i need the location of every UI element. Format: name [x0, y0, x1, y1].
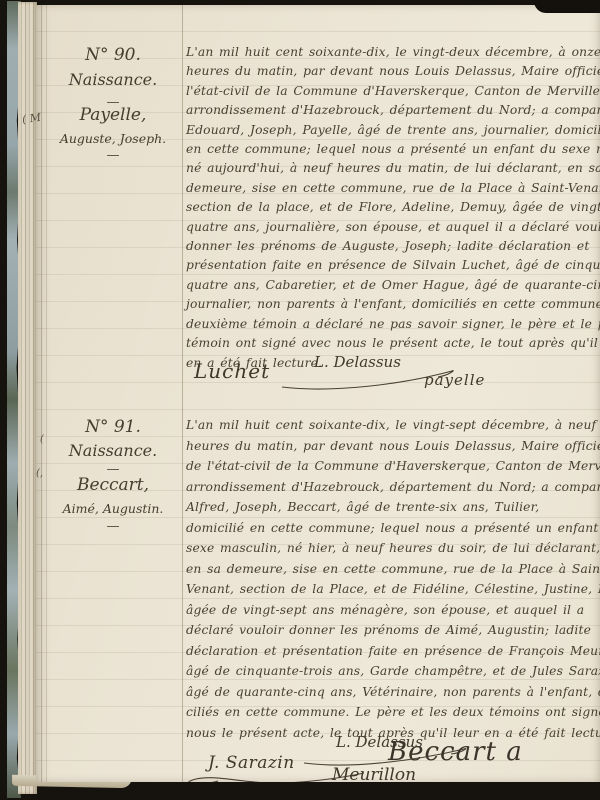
manuscript-line: âgé de quarante-cinq ans, Vétérinaire, n… — [186, 682, 598, 703]
manuscript-line: section de la place, et de Flore, Adelin… — [186, 198, 598, 217]
manuscript-line: heures du matin, par devant nous Louis D… — [186, 62, 598, 81]
manuscript-line: déclaration et présentation faite en pré… — [186, 641, 598, 662]
act-91-given-names: Aimé, Augustin. — [44, 501, 182, 516]
act-90-surname: Payelle, — [44, 105, 182, 125]
manuscript-line: heures du matin, par devant nous Louis D… — [186, 436, 598, 457]
manuscript-line: quatre ans, Cabaretier, et de Omer Hague… — [186, 276, 598, 295]
manuscript-line: né aujourd'hui, à neuf heures du matin, … — [186, 159, 598, 178]
manuscript-line: ciliés en cette commune. Le père et les … — [186, 702, 598, 723]
act-91-type: Naissance. — [44, 441, 182, 460]
manuscript-line: âgée de vingt-sept ans ménagère, son épo… — [186, 600, 598, 621]
manuscript-line: deuxième témoin a déclaré ne pas savoir … — [186, 315, 598, 334]
margin-separator-line — [182, 5, 183, 782]
act-90-type: Naissance. — [44, 70, 182, 89]
signature-delassus: L. Delassus — [314, 353, 401, 371]
manuscript-line: de l'état-civil de la Commune d'Haverske… — [186, 456, 598, 477]
manuscript-line: arrondissement d'Hazebrouck, département… — [186, 477, 598, 498]
manuscript-line: Edouard, Joseph, Payelle, âgé de trente … — [186, 121, 598, 140]
act-91-manuscript-text: L'an mil huit cent soixante-dix, le ving… — [186, 415, 598, 743]
manuscript-line: quatre ans, journalière, son épouse, et … — [186, 218, 598, 237]
manuscript-line: domicilié en cette commune; lequel nous … — [186, 518, 598, 539]
manuscript-line: donner les prénoms de Auguste, Joseph; l… — [186, 237, 598, 256]
act-91-divider-dash: — — [44, 519, 182, 534]
manuscript-line: en sa demeure, sise en cette commune, ru… — [186, 559, 598, 580]
signature-meurillon: Meurillon — [332, 765, 416, 782]
gutter-mark: ( M — [21, 111, 42, 127]
act-91-surname: Beccart, — [44, 475, 182, 495]
act-91-number: N° 91. — [44, 417, 182, 437]
manuscript-line: Venant, section de la Place, et de Fidél… — [186, 579, 598, 600]
manuscript-line: L'an mil huit cent soixante-dix, le ving… — [186, 43, 598, 62]
signature-payelle: payelle — [424, 371, 485, 389]
act-90-divider-dash: — — [44, 148, 182, 163]
act-90-manuscript-text: L'an mil huit cent soixante-dix, le ving… — [186, 43, 598, 373]
gutter-mark: (, — [36, 468, 43, 479]
manuscript-line: Alfred, Joseph, Beccart, âgé de trente-s… — [186, 497, 598, 518]
manuscript-line: L'an mil huit cent soixante-dix, le ving… — [186, 415, 598, 436]
act-90-given-names: Auguste, Joseph. — [44, 131, 182, 146]
manuscript-line: arrondissement d'Hazebrouck, département… — [186, 101, 598, 120]
photo-corner-shadow — [534, 0, 600, 13]
manuscript-line: l'état-civil de la Commune d'Haverskerqu… — [186, 82, 598, 101]
signature-luchet: Luchet — [194, 359, 270, 383]
signature-beccart: Beccart a — [388, 737, 523, 767]
act-90-number: N° 90. — [44, 45, 182, 65]
manuscript-line: déclaré vouloir donner les prénoms de Ai… — [186, 620, 598, 641]
manuscript-line: âgé de cinquante-trois ans, Garde champê… — [186, 661, 598, 682]
manuscript-line: demeure, sise en cette commune, rue de l… — [186, 179, 598, 198]
gutter-mark: ( — [40, 434, 44, 445]
manuscript-line: témoin ont signé avec nous le présent ac… — [186, 334, 598, 353]
manuscript-line: sexe masculin, né hier, à neuf heures du… — [186, 538, 598, 559]
register-page: N° 90. Naissance. — Payelle, Auguste, Jo… — [36, 5, 600, 782]
manuscript-line: journalier, non parents à l'enfant, domi… — [186, 295, 598, 314]
register-book-photo: N° 90. Naissance. — Payelle, Auguste, Jo… — [0, 0, 600, 800]
manuscript-line: en cette commune; lequel nous a présenté… — [186, 140, 598, 159]
signature-sarazin: J. Sarazin — [208, 753, 295, 773]
manuscript-line: présentation faite en présence de Silvai… — [186, 256, 598, 275]
